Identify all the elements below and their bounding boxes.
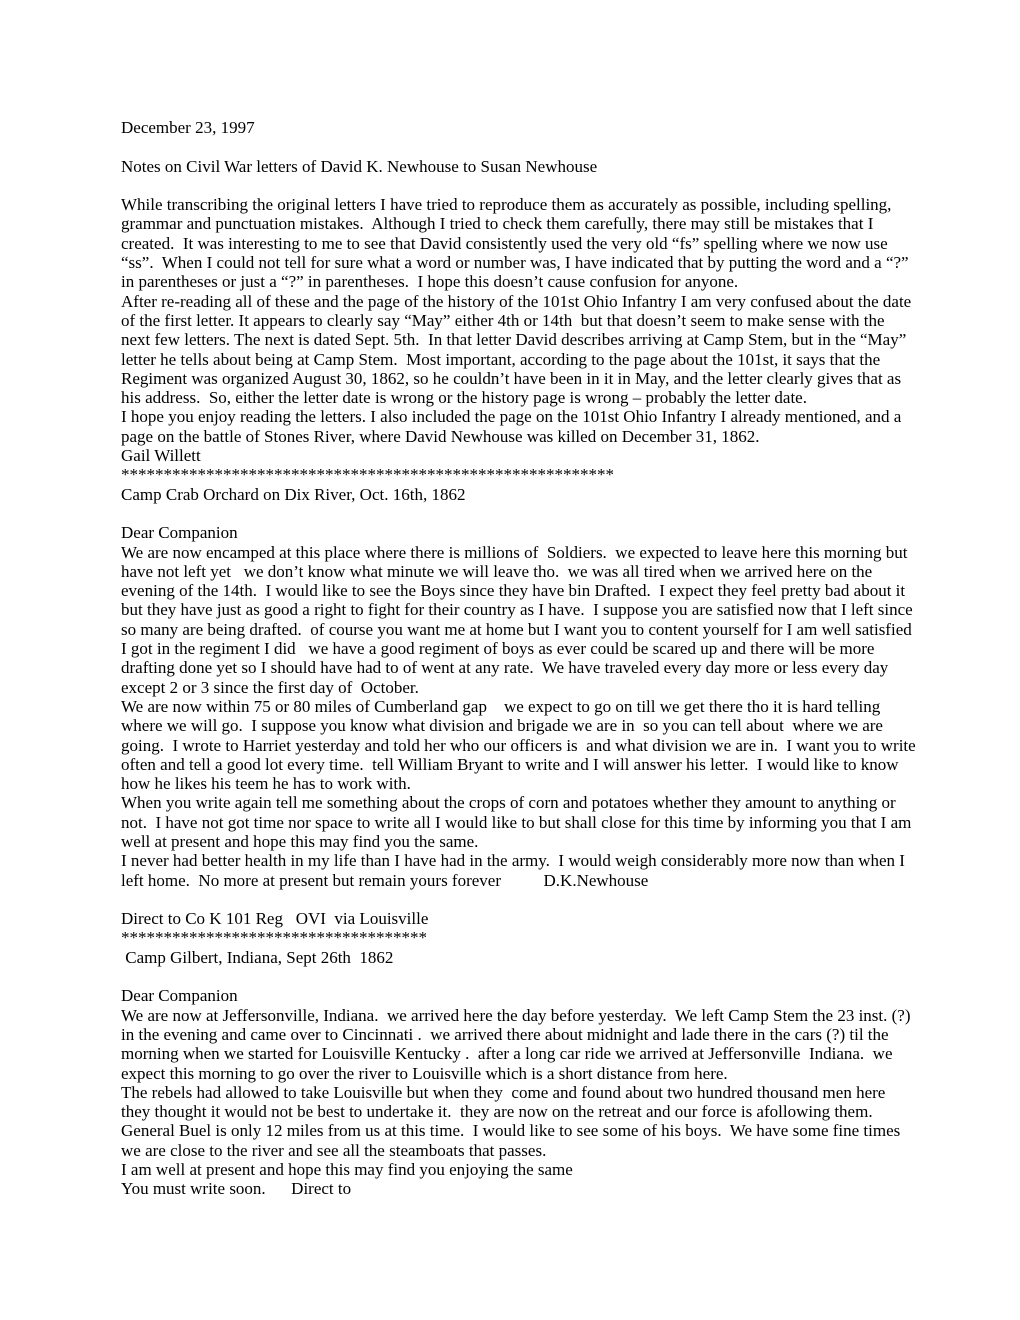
document-title: Notes on Civil War letters of David K. N… [121, 157, 916, 176]
text-line: drafting done yet so I should have had t… [121, 658, 916, 677]
text-line: often and tell a good lot every time. te… [121, 755, 916, 774]
text-line: grammar and punctuation mistakes. Althou… [121, 214, 916, 233]
text-line: but they have just as good a right to fi… [121, 600, 916, 619]
text-line: where we will go. I suppose you know wha… [121, 716, 916, 735]
text-line: ************************************ [121, 928, 916, 947]
text-line: When you write again tell me something a… [121, 793, 916, 812]
text-line [121, 176, 916, 195]
text-line: You must write soon. Direct to [121, 1179, 916, 1198]
text-line: of the first letter. It appears to clear… [121, 311, 916, 330]
text-line: not. I have not got time nor space to wr… [121, 813, 916, 832]
text-line [121, 137, 916, 156]
text-line: “ss”. When I could not tell for sure wha… [121, 253, 916, 272]
text-line: The rebels had allowed to take Louisvill… [121, 1083, 916, 1102]
text-line: Dear Companion [121, 523, 916, 542]
text-line: created. It was interesting to me to see… [121, 234, 916, 253]
text-line: We are now at Jeffersonville, Indiana. w… [121, 1006, 916, 1025]
text-line: Gail Willett [121, 446, 916, 465]
text-line: Dear Companion [121, 986, 916, 1005]
text-line [121, 967, 916, 986]
text-line: in parentheses or just a “?” in parenthe… [121, 272, 916, 291]
document-page: December 23, 1997 Notes on Civil War let… [0, 0, 1020, 1320]
text-line: have not left yet we don’t know what min… [121, 562, 916, 581]
text-line: in the evening and came over to Cincinna… [121, 1025, 916, 1044]
text-line: Direct to Co K 101 Reg OVI via Louisvill… [121, 909, 916, 928]
text-line [121, 890, 916, 909]
text-line: next few letters. The next is dated Sept… [121, 330, 916, 349]
document-text: December 23, 1997 Notes on Civil War let… [121, 118, 916, 1199]
text-line: ****************************************… [121, 465, 916, 484]
text-line: morning when we started for Louisville K… [121, 1044, 916, 1063]
text-line: While transcribing the original letters … [121, 195, 916, 214]
text-line: they thought it would not be best to und… [121, 1102, 916, 1121]
text-line: except 2 or 3 since the first day of Oct… [121, 678, 916, 697]
text-line [121, 504, 916, 523]
text-line: page on the battle of Stones River, wher… [121, 427, 916, 446]
text-line: letter he tells about being at Camp Stem… [121, 350, 916, 369]
text-line: We are now encamped at this place where … [121, 543, 916, 562]
text-line: going. I wrote to Harriet yesterday and … [121, 736, 916, 755]
text-line: how he likes his teem he has to work wit… [121, 774, 916, 793]
text-line: I am well at present and hope this may f… [121, 1160, 916, 1179]
text-line: evening of the 14th. I would like to see… [121, 581, 916, 600]
text-line: Regiment was organized August 30, 1862, … [121, 369, 916, 388]
text-line: General Buel is only 12 miles from us at… [121, 1121, 916, 1140]
text-line: We are now within 75 or 80 miles of Cumb… [121, 697, 916, 716]
text-line: After re-reading all of these and the pa… [121, 292, 916, 311]
text-line: well at present and hope this may find y… [121, 832, 916, 851]
text-line: I hope you enjoy reading the letters. I … [121, 407, 916, 426]
text-line: so many are being drafted. of course you… [121, 620, 916, 639]
text-line: Camp Crab Orchard on Dix River, Oct. 16t… [121, 485, 916, 504]
text-line: I got in the regiment I did we have a go… [121, 639, 916, 658]
text-line: I never had better health in my life tha… [121, 851, 916, 870]
text-line: Camp Gilbert, Indiana, Sept 26th 1862 [121, 948, 916, 967]
text-line: expect this morning to go over the river… [121, 1064, 916, 1083]
date-line: December 23, 1997 [121, 118, 916, 137]
text-line: we are close to the river and see all th… [121, 1141, 916, 1160]
text-line: his address. So, either the letter date … [121, 388, 916, 407]
text-line: left home. No more at present but remain… [121, 871, 916, 890]
